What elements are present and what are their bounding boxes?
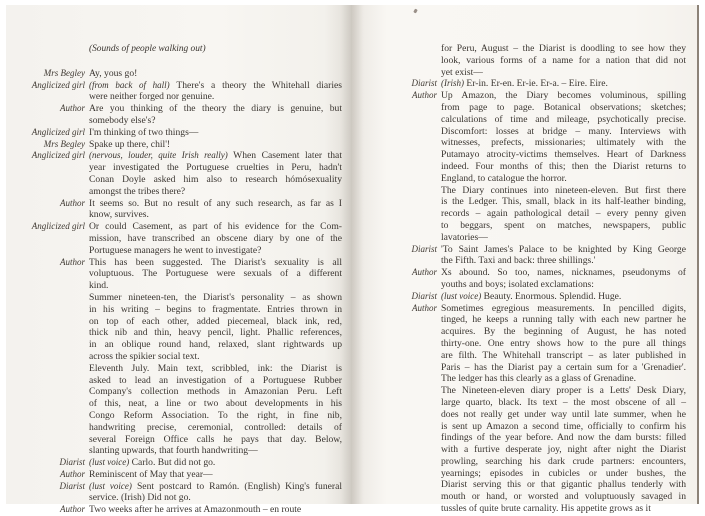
dialogue-text: findings of the year before. And now the…	[441, 432, 686, 444]
text-line: prowling, searching his dark crude partn…	[356, 456, 686, 468]
dialogue-text: tinged, he keeps a running tally with ea…	[441, 314, 686, 326]
dialogue-text: Spake up there, chil'!	[89, 139, 342, 151]
speaker-name: Diarist	[356, 244, 441, 256]
book-spread: (Sounds of people walking out) Mrs Begle…	[0, 0, 705, 512]
text-line: in an oblique round hand, relaxed, slant…	[6, 339, 342, 351]
stage-direction: (lust voice)	[89, 457, 129, 467]
text-line: tinged, he keeps a running tally with ea…	[356, 314, 686, 326]
text-line: are filth. The Whitehall transcript – as…	[356, 350, 686, 362]
speaker-name: Author	[6, 469, 89, 481]
dialogue-text: lavatories—	[441, 232, 686, 244]
dialogue-text: youths and boys; isolated exclamations:	[441, 279, 686, 291]
text-line: in his writing – begins to fragmentate. …	[6, 304, 342, 316]
text-line: yet exist—	[356, 67, 686, 79]
dialogue-text: thirty-one. One entry shows how to the p…	[441, 338, 686, 350]
text-line: of this, neat, a line or two about devel…	[6, 398, 342, 410]
text-line: several Foreign Office calls he pays tha…	[6, 434, 342, 446]
text-line: amongst the tribes there?	[6, 186, 342, 198]
dialogue-text: Ay, yous go!	[89, 68, 342, 80]
dialogue-text: Eleventh July. Main text, scribbled, ink…	[89, 363, 342, 375]
text-line: AuthorUp Amazon, the Diary becomes volum…	[356, 90, 686, 102]
text-line: AuthorReminiscent of May that year—	[6, 469, 342, 481]
dialogue-text: know, survives.	[89, 209, 342, 221]
dialogue-text: Company's collection methods in Amazonia…	[89, 386, 342, 398]
text-line: Anglicized girl(nervous, louder, quite I…	[6, 150, 342, 162]
dialogue-text: amongst the tribes there?	[89, 186, 342, 198]
dialogue-text: indeed. Four months of this; then the Di…	[441, 161, 686, 173]
text-line: findings of the year before. And now the…	[356, 432, 686, 444]
speaker-name: Anglicized girl	[6, 80, 89, 92]
dialogue-text: does not really get under way until late…	[441, 409, 686, 421]
stage-direction: (lust voice)	[441, 291, 481, 301]
dialogue-text: (lust voice) Sent postcard to Ramón. (En…	[89, 481, 342, 493]
dialogue-text: service. (Irish) Did not go.	[89, 492, 342, 504]
speaker-name: Author	[356, 303, 441, 315]
text-line: kind.	[6, 280, 342, 292]
text-line: voluptuous. The Portuguese were sexuals …	[6, 268, 342, 280]
text-line: AuthorAre you thinking of the theory the…	[6, 103, 342, 115]
text-line: year investigated the Portuguese cruelti…	[6, 162, 342, 174]
text-line: thirty-one. One entry shows how to the p…	[356, 338, 686, 350]
speaker-name: Anglicized girl	[6, 221, 89, 233]
dialogue-text: Discomfort: losses at bridge – many. Int…	[441, 126, 686, 138]
text-line: Diarist(lust voice) Sent postcard to Ram…	[6, 481, 342, 493]
stage-direction: (lust voice)	[89, 481, 132, 491]
text-line: Discomfort: losses at bridge – many. Int…	[356, 126, 686, 138]
text-line: The Nineteen-eleven diary proper is a Le…	[356, 385, 686, 397]
dialogue-text: are filth. The Whitehall transcript – as…	[441, 350, 686, 362]
text-line: records – again pathological detail – ev…	[356, 208, 686, 220]
text-line: mouth or hand, or worsted and voluptuous…	[356, 491, 686, 503]
text-line: thick nib and thin, heavy pencil, light.…	[6, 327, 342, 339]
dialogue-text: kind.	[89, 280, 342, 292]
text-line: Diarist'To Saint James's Palace to be kn…	[356, 244, 686, 256]
dialogue-text: from page to page. Botanical observation…	[441, 102, 686, 114]
text-line: Putamayo atrocity-victims themselves. He…	[356, 149, 686, 161]
dialogue-text: in his writing – begins to fragmentate. …	[89, 304, 342, 316]
text-line: Portuguese managers he went to investiga…	[6, 245, 342, 257]
dialogue-text: The Diary continues into nineteen-eleven…	[441, 185, 686, 197]
dialogue-text: witnesses, prefects, missionaries; ultim…	[441, 137, 686, 149]
dialogue-text: large quarto, black. Its text – the most…	[441, 397, 686, 409]
speaker-name: Diarist	[6, 457, 89, 469]
dialogue-text: Portuguese managers he went to investiga…	[89, 245, 342, 257]
text-line: is the Ledger. This, small, black in its…	[356, 196, 686, 208]
text-line: look, various forms of a name for a nati…	[356, 55, 686, 67]
dialogue-text: records – again pathological detail – ev…	[441, 208, 686, 220]
text-line: Anglicized girl(from back of hall) There…	[6, 80, 342, 92]
dialogue-text: (nervous, louder, quite Irish really) Wh…	[89, 150, 342, 162]
dialogue-text: It seems so. But no result of any such r…	[89, 198, 342, 210]
left-page-text: (Sounds of people walking out) Mrs Begle…	[6, 44, 342, 512]
text-line: for Peru, August – the Diarist is doodli…	[356, 43, 686, 55]
dialogue-text: I'm thinking of two things—	[89, 127, 342, 139]
dialogue-text: look, various forms of a name for a nati…	[441, 55, 686, 67]
dialogue-text: Are you thinking of the theory the diary…	[89, 103, 342, 115]
speaker-name: Anglicized girl	[6, 150, 89, 162]
dialogue-text: to beggars, spent on matches, newspapers…	[441, 220, 686, 232]
text-line: calculations of time and mileage, psycho…	[356, 114, 686, 126]
dialogue-text: mission, have transcribed an obscene dia…	[89, 233, 342, 245]
text-line: Company's collection methods in Amazonia…	[6, 386, 342, 398]
text-line: Diarist(lust voice) Beauty. Enormous. Sp…	[356, 291, 686, 303]
text-line: on top of each other, added piecemeal, b…	[6, 316, 342, 328]
text-line: The Diary continues into nineteen-eleven…	[356, 185, 686, 197]
text-line: does not really get under way until late…	[356, 409, 686, 421]
speaker-name: Author	[6, 198, 89, 210]
dialogue-text: Congo Reform Association. To the right, …	[89, 410, 342, 422]
dialogue-text: handwriting precise, ceremonial, control…	[89, 422, 342, 434]
page-edge	[697, 5, 699, 504]
text-line: AuthorXs abound. So too, names, nickname…	[356, 267, 686, 279]
dialogue-text: yet exist—	[441, 67, 686, 79]
speaker-name: Author	[6, 504, 89, 512]
text-line: Conan Doyle asked him also to research h…	[6, 174, 342, 186]
text-line: The ledger has this clearly as a glass o…	[356, 373, 686, 385]
text-line: from page to page. Botanical observation…	[356, 102, 686, 114]
dialogue-text: slanting upwards, that fourth handwritin…	[89, 445, 342, 457]
text-line: tussles of quite brute carnality. His ap…	[356, 503, 686, 512]
text-line: is sent up Amazon a second time, officia…	[356, 421, 686, 433]
text-line: youths and boys; isolated exclamations:	[356, 279, 686, 291]
speaker-name: Diarist	[6, 481, 89, 493]
dialogue-text: The ledger has this clearly as a glass o…	[441, 373, 686, 385]
dialogue-text: Summer nineteen-ten, the Diarist's perso…	[89, 292, 342, 304]
dialogue-text: prowling, searching his dark crude partn…	[441, 456, 686, 468]
dialogue-text: several Foreign Office calls he pays tha…	[89, 434, 342, 446]
right-page-text: for Peru, August – the Diarist is doodli…	[356, 43, 686, 512]
dialogue-text: (lust voice) Carlo. But did not go.	[89, 457, 342, 469]
text-line: Anglicized girlOr could Casement, as par…	[6, 221, 342, 233]
text-line: AuthorThis has been suggested. The Diari…	[6, 257, 342, 269]
dialogue-text: Reminiscent of May that year—	[89, 469, 342, 481]
text-line: to beggars, spent on matches, newspapers…	[356, 220, 686, 232]
dialogue-text: in an oblique round hand, relaxed, slant…	[89, 339, 342, 351]
dialogue-text: tussles of quite brute carnality. His ap…	[441, 503, 686, 512]
dialogue-text: somebody else's?	[89, 115, 342, 127]
dialogue-text: Two weeks after he arrives at Amazonmout…	[89, 504, 342, 512]
dialogue-text: for Peru, August – the Diarist is doodli…	[441, 43, 686, 55]
text-line: Congo Reform Association. To the right, …	[6, 410, 342, 422]
speaker-name: Author	[356, 267, 441, 279]
dialogue-text: is the Ledger. This, small, black in its…	[441, 196, 686, 208]
stage-direction: (Irish)	[441, 78, 464, 88]
dialogue-text: calculations of time and mileage, psycho…	[441, 114, 686, 126]
dialogue-text: across the spikier social text.	[89, 351, 342, 363]
text-line: Diarist serving this or that gigantic ph…	[356, 479, 686, 491]
dialogue-text: acquires. By the beginning of August, he…	[441, 326, 686, 338]
text-line: yearnings; episodes in cubicles or under…	[356, 468, 686, 480]
text-line: Paris – has the Diarist pay a certain su…	[356, 362, 686, 374]
text-line: slanting upwards, that fourth handwritin…	[6, 445, 342, 457]
text-line: know, survives.	[6, 209, 342, 221]
dialogue-text: thick nib and thin, heavy pencil, light.…	[89, 327, 342, 339]
dialogue-text: Diarist serving this or that gigantic ph…	[441, 479, 686, 491]
text-line: asked to lead an investigation of a Port…	[6, 375, 342, 387]
stage-direction: (nervous, louder, quite Irish really)	[89, 150, 228, 160]
dialogue-text: This has been suggested. The Diarist's s…	[89, 257, 342, 269]
dialogue-text: with a furtive desperate joy, night afte…	[441, 444, 686, 456]
text-line: Anglicized girlI'm thinking of two thing…	[6, 127, 342, 139]
text-line: lavatories—	[356, 232, 686, 244]
dialogue-text: yearnings; episodes in cubicles or under…	[441, 468, 686, 480]
dialogue-text: Paris – has the Diarist pay a certain su…	[441, 362, 686, 374]
text-line: across the spikier social text.	[6, 351, 342, 363]
text-line: were neither forged nor genuine.	[6, 91, 342, 103]
dialogue-text: Conan Doyle asked him also to research h…	[89, 174, 342, 186]
dialogue-text: the Fifth. Taxi and back: three shilling…	[441, 255, 686, 267]
dialogue-text: The Nineteen-eleven diary proper is a Le…	[441, 385, 686, 397]
text-line: AuthorIt seems so. But no result of any …	[6, 198, 342, 210]
speaker-name: Diarist	[356, 78, 441, 90]
dialogue-text: 'To Saint James's Palace to be knighted …	[441, 244, 686, 256]
text-line: indeed. Four months of this; then the Di…	[356, 161, 686, 173]
dialogue-text: on top of each other, added piecemeal, b…	[89, 316, 342, 328]
dialogue-text: Up Amazon, the Diary becomes voluminous,…	[441, 90, 686, 102]
text-line: Mrs BegleyAy, yous go!	[6, 68, 342, 80]
speaker-name: Author	[6, 257, 89, 269]
text-line: large quarto, black. Its text – the most…	[356, 397, 686, 409]
text-line: Diarist(lust voice) Carlo. But did not g…	[6, 457, 342, 469]
text-line: Mrs BegleySpake up there, chil'!	[6, 139, 342, 151]
dialogue-text: were neither forged nor genuine.	[89, 91, 342, 103]
dialogue-text: Or could Casement, as part of his eviden…	[89, 221, 342, 233]
dialogue-text: is sent up Amazon a second time, officia…	[441, 421, 686, 433]
dialogue-text: (lust voice) Beauty. Enormous. Splendid.…	[441, 291, 686, 303]
text-line: acquires. By the beginning of August, he…	[356, 326, 686, 338]
text-line: England, to catalogue the horror.	[356, 173, 686, 185]
text-line: handwriting precise, ceremonial, control…	[6, 422, 342, 434]
speaker-name: Anglicized girl	[6, 127, 89, 139]
speaker-name: Mrs Begley	[6, 139, 89, 151]
text-line: AuthorSometimes egregious measurements. …	[356, 303, 686, 315]
text-line: service. (Irish) Did not go.	[6, 492, 342, 504]
dialogue-text: voluptuous. The Portuguese were sexuals …	[89, 268, 342, 280]
text-line: Eleventh July. Main text, scribbled, ink…	[6, 363, 342, 375]
speaker-name: Author	[6, 103, 89, 115]
stage-direction: (from back of hall)	[89, 80, 170, 90]
text-line: the Fifth. Taxi and back: three shilling…	[356, 255, 686, 267]
text-line: witnesses, prefects, missionaries; ultim…	[356, 137, 686, 149]
speaker-name: Mrs Begley	[6, 68, 89, 80]
stage-direction: (Sounds of people walking out)	[6, 44, 342, 56]
text-line: Diarist(Irish) Er-in. Er-en. Er-ie. Er-a…	[356, 78, 686, 90]
dialogue-text: (Irish) Er-in. Er-en. Er-ie. Er-a. – Eir…	[441, 78, 686, 90]
dialogue-text: Putamayo atrocity-victims themselves. He…	[441, 149, 686, 161]
text-line: AuthorTwo weeks after he arrives at Amaz…	[6, 504, 342, 512]
text-line: Summer nineteen-ten, the Diarist's perso…	[6, 292, 342, 304]
text-line: mission, have transcribed an obscene dia…	[6, 233, 342, 245]
dialogue-text: mouth or hand, or worsted and voluptuous…	[441, 491, 686, 503]
dialogue-text: asked to lead an investigation of a Port…	[89, 375, 342, 387]
speaker-name: Author	[356, 90, 441, 102]
dialogue-text: Xs abound. So too, names, nicknames, pse…	[441, 267, 686, 279]
dialogue-text: England, to catalogue the horror.	[441, 173, 686, 185]
dialogue-text: of this, neat, a line or two about devel…	[89, 398, 342, 410]
dialogue-text: (from back of hall) There's a theory the…	[89, 80, 342, 92]
dialogue-text: year investigated the Portuguese cruelti…	[89, 162, 342, 174]
dialogue-text: Sometimes egregious measurements. In pen…	[441, 303, 686, 315]
text-line: with a furtive desperate joy, night afte…	[356, 444, 686, 456]
speaker-name: Diarist	[356, 291, 441, 303]
text-line: somebody else's?	[6, 115, 342, 127]
